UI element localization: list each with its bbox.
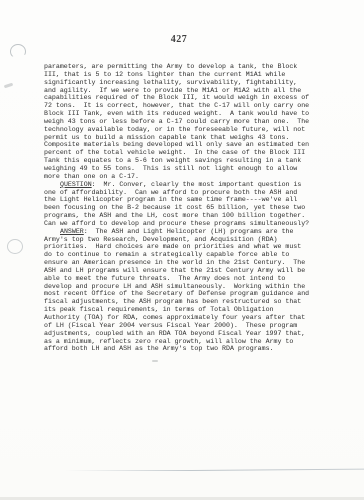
text-line: significantly increasing lethality, surv… bbox=[44, 79, 334, 87]
text-line: weigh 43 tons or less before a C-17 coul… bbox=[44, 118, 334, 126]
text-line-content: : Mr. Conver, clearly the most important… bbox=[92, 181, 302, 188]
text-line: do to continue to remain a strategically… bbox=[44, 251, 334, 259]
text-line: been focusing on the B-2 because it cost… bbox=[44, 204, 334, 212]
text-line: fiscal adjustments, the ASH program has … bbox=[44, 298, 334, 306]
text-line: parameters, are permitting the Army to d… bbox=[44, 63, 334, 71]
text-line: weighing 49 to 55 tons. This is still no… bbox=[44, 165, 334, 173]
text-line: ensure an American presence in the world… bbox=[44, 259, 334, 267]
text-line: ASH and LH programs will ensure that the… bbox=[44, 267, 334, 275]
below-fold-area bbox=[0, 471, 364, 500]
page-number: 427 bbox=[0, 34, 361, 45]
hole-punch-mark-top bbox=[10, 44, 26, 59]
stray-mark bbox=[152, 360, 158, 362]
text-line: programs, the ASH and the LH, cost more … bbox=[44, 212, 334, 220]
text-line: the Light Helicopter program in the same… bbox=[44, 196, 334, 204]
smudge-mark bbox=[4, 83, 13, 89]
text-line: able to meet the future threats. The Arm… bbox=[44, 275, 334, 283]
text-line-content: : The ASH and Light Helicopter (LH) prog… bbox=[84, 228, 294, 235]
text-line: percent of the total vehicle weight. In … bbox=[44, 149, 334, 157]
text-line: its peak fiscal requirements, in terms o… bbox=[44, 306, 334, 314]
text-line: technology available today, or in the fo… bbox=[44, 126, 334, 134]
text-line: of LH (Fiscal Year 2004 versus Fiscal Ye… bbox=[44, 322, 334, 330]
scanned-page: 427 parameters, are permitting the Army … bbox=[0, 0, 364, 500]
text-line: more than one on a C-17. bbox=[44, 173, 334, 181]
underlined-label: QUESTION bbox=[60, 181, 92, 188]
text-line: ANSWER: The ASH and Light Helicopter (LH… bbox=[44, 228, 334, 236]
text-line: Tank this equates to a 5-6 ton weight sa… bbox=[44, 157, 334, 165]
text-line: adjustments, coupled with an RDA TOA bey… bbox=[44, 330, 334, 338]
hole-punch-mark-middle bbox=[7, 239, 23, 254]
text-line: Authority (TOA) for RDA, comes approxima… bbox=[44, 314, 334, 322]
text-line: afford both LH and ASH as the Army's top… bbox=[44, 345, 334, 353]
text-line: QUESTION: Mr. Conver, clearly the most i… bbox=[44, 181, 334, 189]
text-line: 72 tons. It is correct, however, that th… bbox=[44, 102, 334, 110]
document-text-block: parameters, are permitting the Army to d… bbox=[44, 63, 334, 353]
text-line: Block III Tank, even with its reduced we… bbox=[44, 110, 334, 118]
text-line: Can we afford to develop and procure the… bbox=[44, 220, 334, 228]
underlined-label: ANSWER bbox=[60, 228, 84, 235]
text-line: III, that is 5 to 12 tons lighter than t… bbox=[44, 71, 334, 79]
